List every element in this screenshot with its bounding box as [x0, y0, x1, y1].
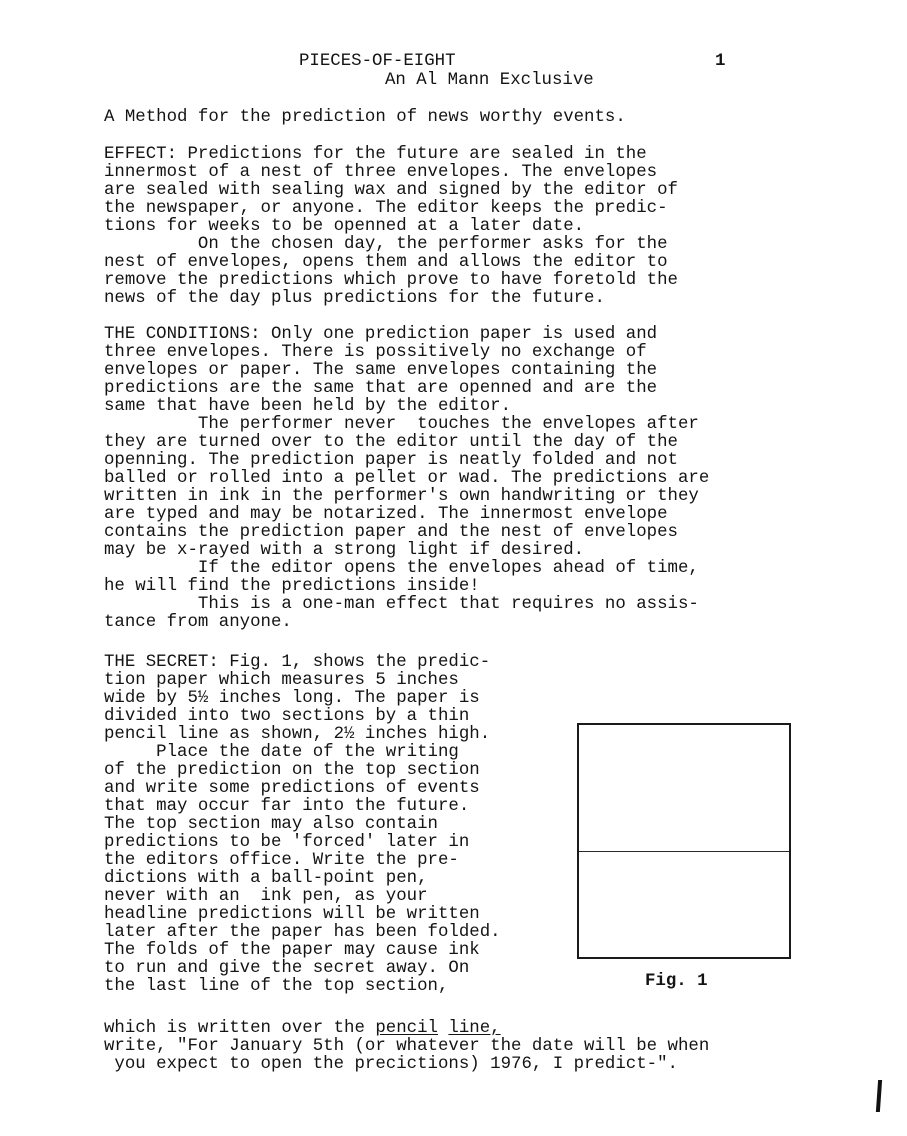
text-line: news of the day plus predictions for the… [104, 290, 678, 308]
figure-caption: Fig. 1 [645, 973, 708, 991]
text-line: envelopes or paper. The same envelopes c… [104, 362, 709, 380]
text-line: If the editor opens the envelopes ahead … [104, 560, 709, 578]
intro-paragraph: A Method for the prediction of news wort… [104, 109, 626, 127]
text-line: three envelopes. There is possitively no… [104, 344, 709, 362]
text-line: The top section may also contain [104, 816, 501, 834]
text-line: and write some predictions of events [104, 780, 501, 798]
text-line: The performer never touches the envelope… [104, 416, 709, 434]
text-line: innermost of a nest of three envelopes. … [104, 164, 678, 182]
scan-mark [876, 1080, 882, 1112]
text-line: openning. The prediction paper is neatly… [104, 452, 709, 470]
closing-lines: write, "For January 5th (or whatever the… [104, 1038, 709, 1074]
figure-1-prediction-paper [577, 723, 791, 959]
text-line: the editors office. Write the pre- [104, 852, 501, 870]
document-page: PIECES-OF-EIGHT 1 An Al Mann Exclusive A… [0, 0, 907, 1136]
secret-section: THE SECRET: Fig. 1, shows the predic-tio… [104, 654, 501, 996]
text-line: tion paper which measures 5 inches [104, 672, 501, 690]
text-line: Place the date of the writing [104, 744, 501, 762]
text-line: On the chosen day, the performer asks fo… [104, 236, 678, 254]
underlined-pencil: pencil [375, 1019, 438, 1038]
text-line: THE SECRET: Fig. 1, shows the predic- [104, 654, 501, 672]
document-title: PIECES-OF-EIGHT [299, 53, 456, 71]
text-line: pencil line as shown, 2½ inches high. [104, 726, 501, 744]
text-line: THE CONDITIONS: Only one prediction pape… [104, 326, 709, 344]
page-number: 1 [715, 53, 725, 71]
text-line: to run and give the secret away. On [104, 960, 501, 978]
text-line: contains the prediction paper and the ne… [104, 524, 709, 542]
text-line: The folds of the paper may cause ink [104, 942, 501, 960]
text-line: write, "For January 5th (or whatever the… [104, 1038, 709, 1056]
text-line: written in ink in the performer's own ha… [104, 488, 709, 506]
text-line: same that have been held by the editor. [104, 398, 709, 416]
underlined-line: line, [448, 1019, 500, 1038]
text-line: tance from anyone. [104, 614, 709, 632]
text-line: they are turned over to the editor until… [104, 434, 709, 452]
text-line: which is written over the pencil line, [104, 1020, 709, 1038]
text-line: the last line of the top section, [104, 978, 501, 996]
text-line: never with an ink pen, as your [104, 888, 501, 906]
text-line: nest of envelopes, opens them and allows… [104, 254, 678, 272]
text-line: This is a one-man effect that requires n… [104, 596, 709, 614]
text-line: dictions with a ball-point pen, [104, 870, 501, 888]
secret-section-continued: which is written over the pencil line, w… [104, 1020, 709, 1074]
text-line: predictions to be 'forced' later in [104, 834, 501, 852]
text-line: headline predictions will be written [104, 906, 501, 924]
text-line: predictions are the same that are openne… [104, 380, 709, 398]
pencil-line [579, 851, 789, 852]
text-line: remove the predictions which prove to ha… [104, 272, 678, 290]
text-line: divided into two sections by a thin [104, 708, 501, 726]
text-line: the newspaper, or anyone. The editor kee… [104, 200, 678, 218]
text-line: he will find the predictions inside! [104, 578, 709, 596]
text-line: EFFECT: Predictions for the future are s… [104, 146, 678, 164]
text-line: may be x-rayed with a strong light if de… [104, 542, 709, 560]
conditions-section: THE CONDITIONS: Only one prediction pape… [104, 326, 709, 632]
document-subtitle: An Al Mann Exclusive [385, 72, 594, 90]
text-line: are typed and may be notarized. The inne… [104, 506, 709, 524]
effect-section: EFFECT: Predictions for the future are s… [104, 146, 678, 308]
text-line: A Method for the prediction of news wort… [104, 109, 626, 127]
text-line: that may occur far into the future. [104, 798, 501, 816]
text-line: are sealed with sealing wax and signed b… [104, 182, 678, 200]
text-line: wide by 5½ inches long. The paper is [104, 690, 501, 708]
text-line: tions for weeks to be openned at a later… [104, 218, 678, 236]
text-line: balled or rolled into a pellet or wad. T… [104, 470, 709, 488]
text-line: of the prediction on the top section [104, 762, 501, 780]
text-line: you expect to open the precictions) 1976… [104, 1056, 709, 1074]
text-line: later after the paper has been folded. [104, 924, 501, 942]
